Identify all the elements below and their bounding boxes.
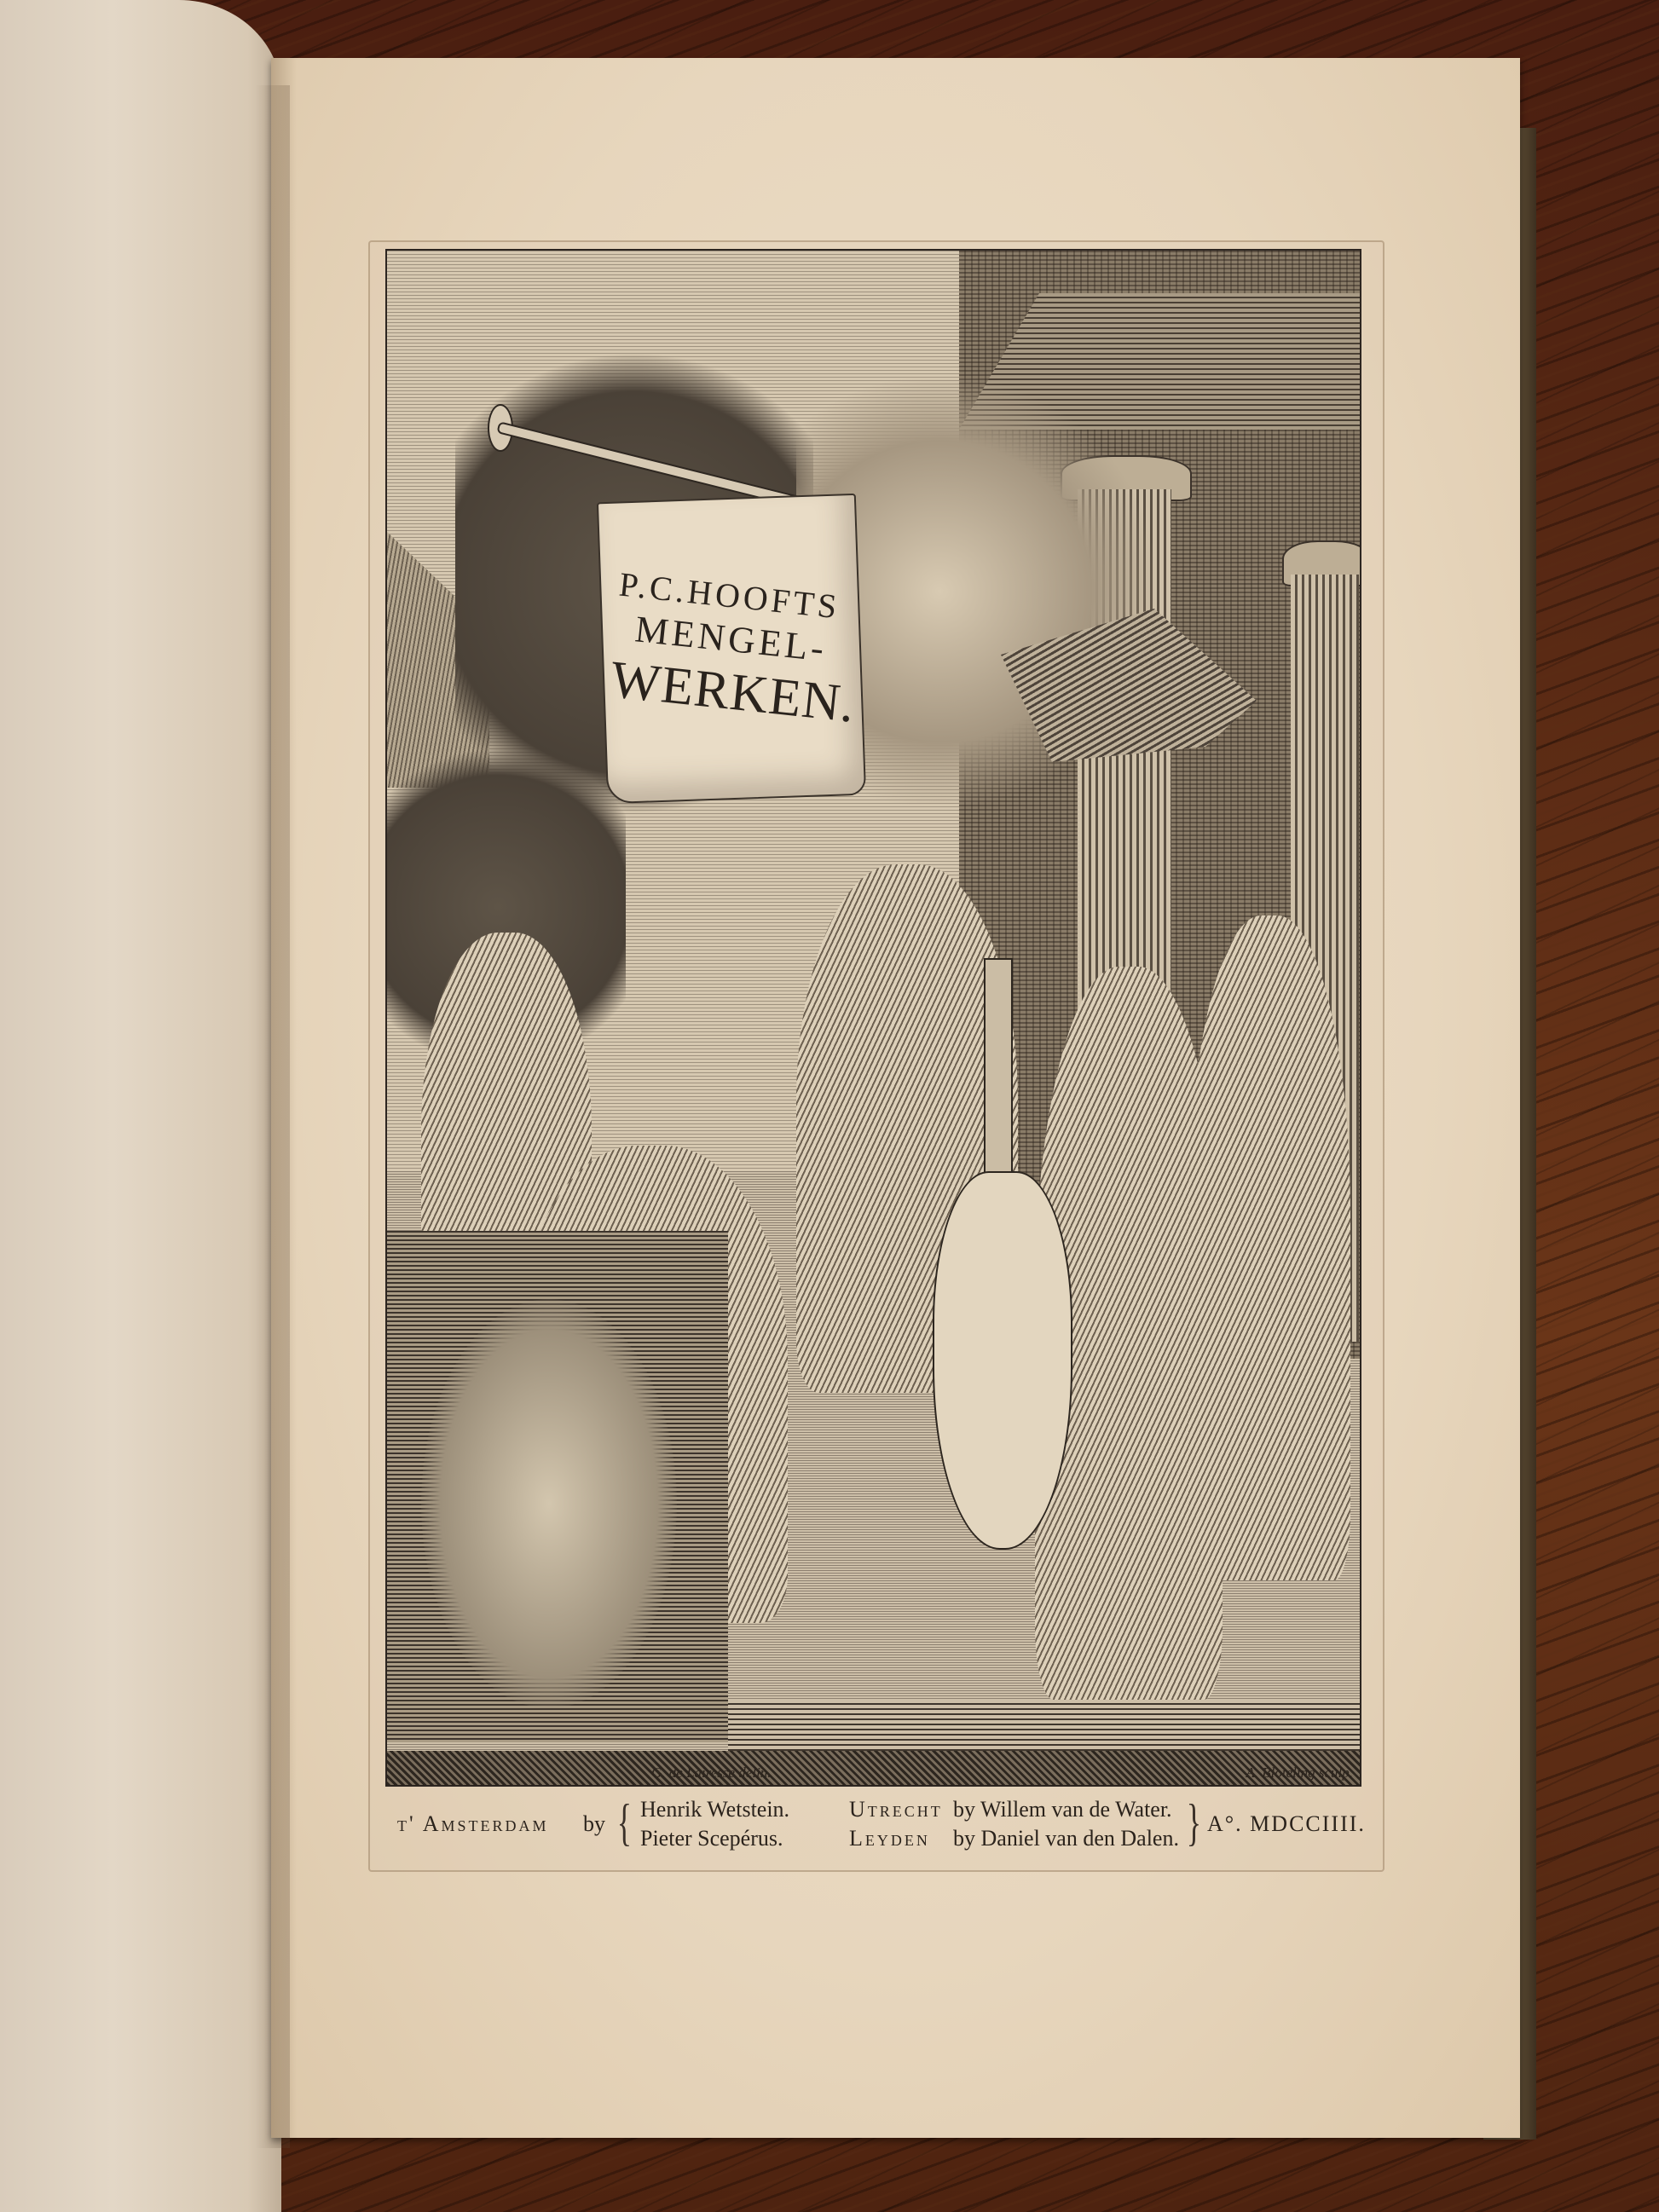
imprint-publisher-wetstein: Henrik Wetstein. (640, 1797, 789, 1822)
publisher-imprint: t' Amsterdam by { Henrik Wetstein. Piete… (397, 1797, 1369, 1857)
imprint-publisher-sceperus: Pieter Scepérus. (640, 1826, 783, 1851)
ground-hatching (387, 1751, 1360, 1785)
artist-signature: G. de Lairesse delin. (651, 1764, 772, 1782)
imprint-city-utrecht: Utrecht (849, 1797, 943, 1822)
imprint-city-amsterdam: t' Amsterdam (397, 1811, 549, 1837)
imprint-city-leyden: Leyden (849, 1826, 930, 1851)
book-gutter (271, 58, 297, 2138)
viola-da-gamba (933, 1171, 1072, 1550)
imprint-publisher-van-den-dalen: by Daniel van den Dalen. (953, 1826, 1179, 1851)
left-brace: { (617, 1797, 632, 1848)
imprint-year: A°. MDCCIIII. (1207, 1811, 1366, 1837)
title-banner: P.C.HOOFTS MENGEL- WERKEN. (597, 494, 866, 804)
right-brace: } (1187, 1797, 1201, 1848)
frontispiece-engraving: P.C.HOOFTS MENGEL- WERKEN. G. de Lairess… (385, 249, 1361, 1787)
imprint-by: by (583, 1811, 605, 1837)
left-page-blank (0, 0, 281, 2212)
figure-standing-muse (1188, 915, 1350, 1580)
imprint-publisher-van-de-water: by Willem van de Water. (953, 1797, 1172, 1822)
engraver-signature: A. Bloteling sculp. (1246, 1764, 1353, 1782)
relief-father-time (421, 1299, 677, 1708)
